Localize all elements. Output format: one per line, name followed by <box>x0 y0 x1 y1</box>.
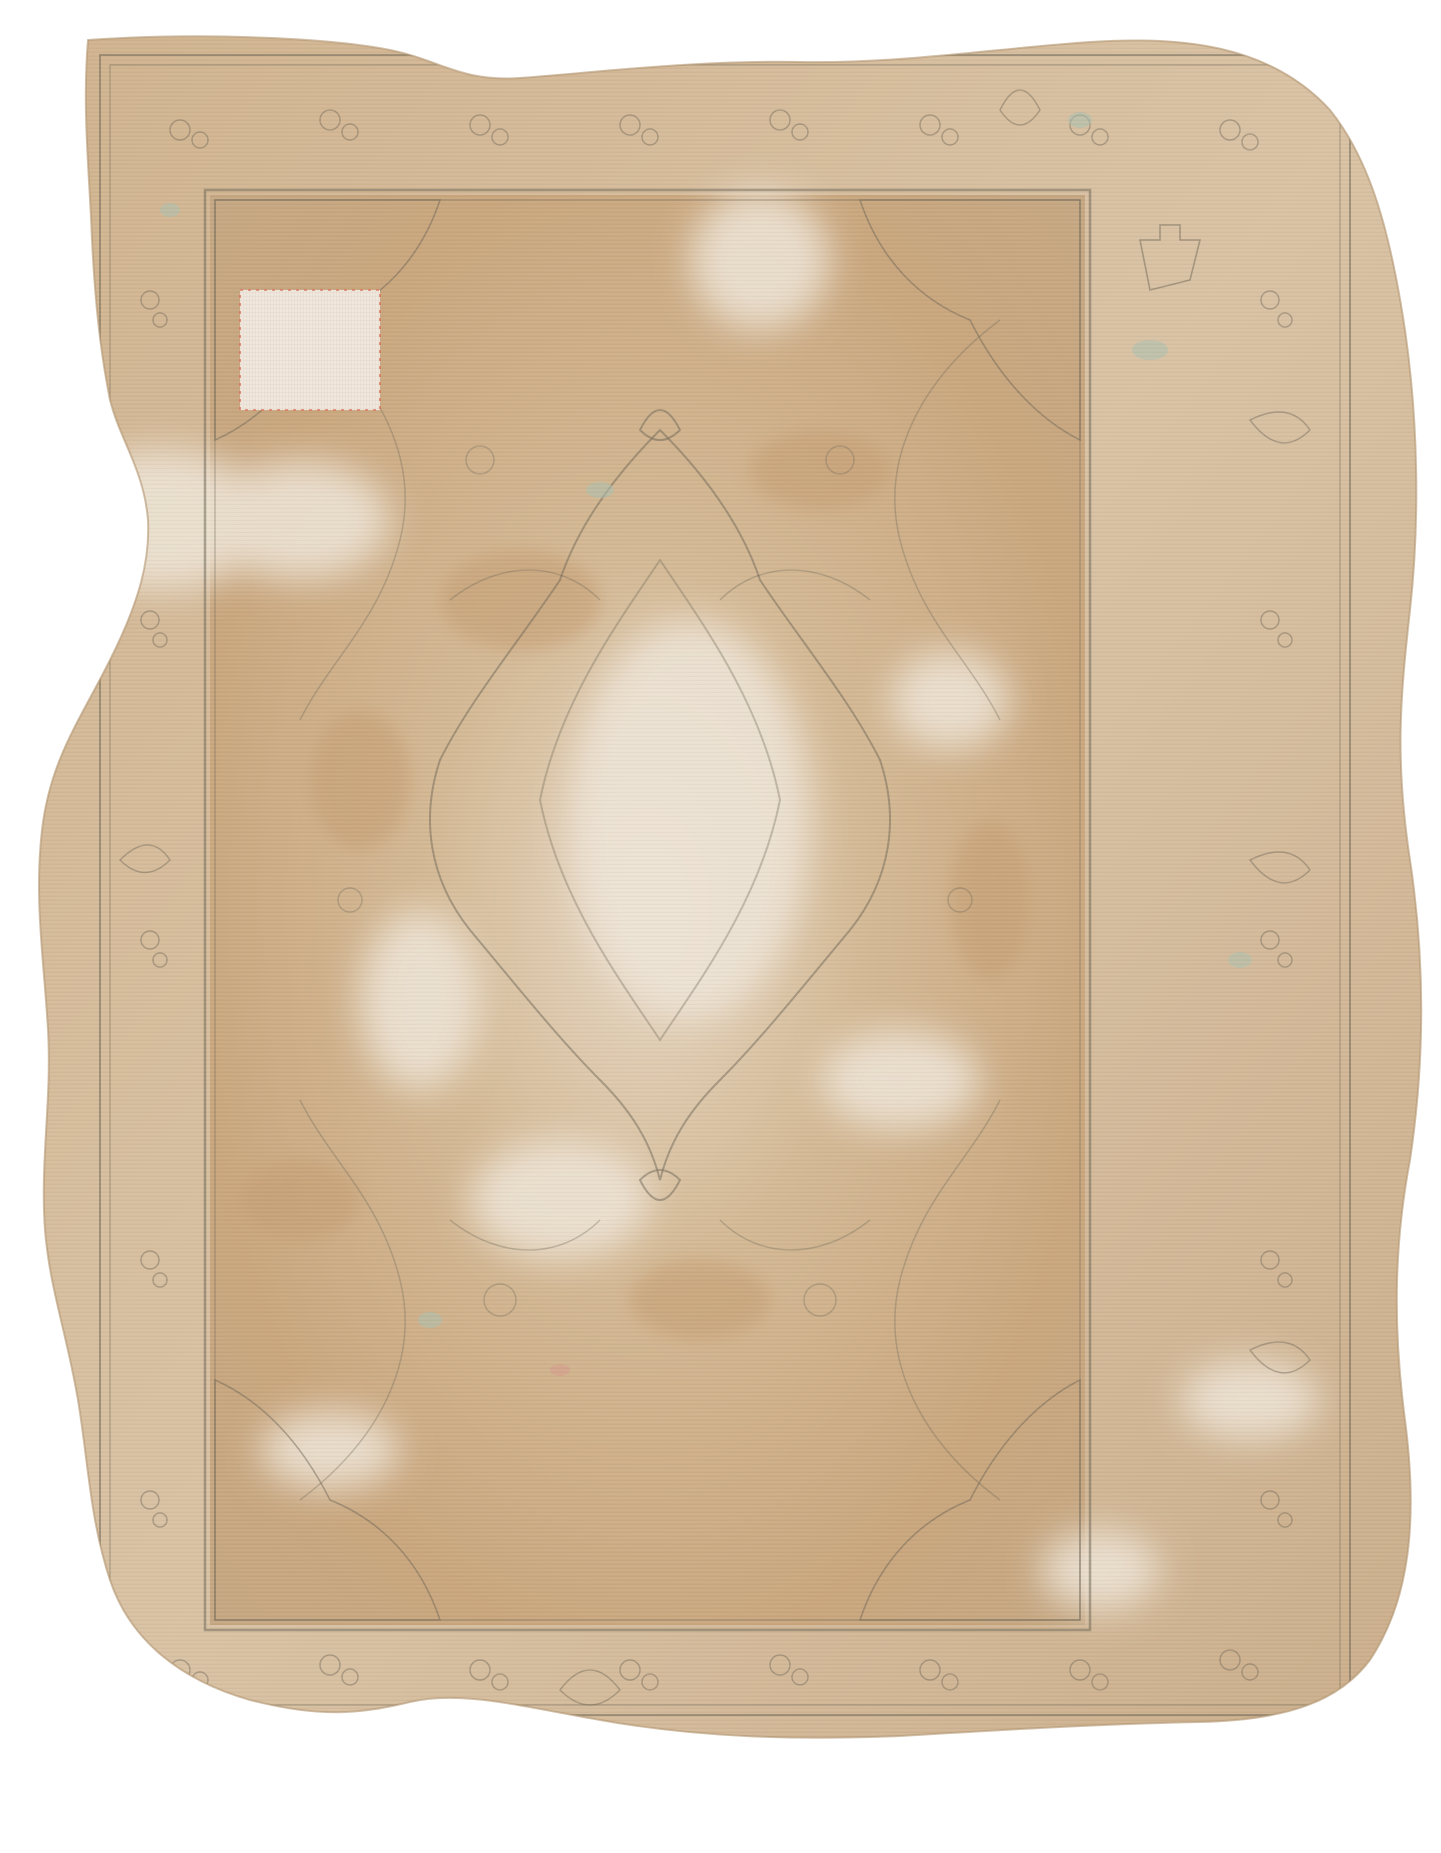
rug-illustration <box>0 0 1441 1853</box>
rug-photo <box>0 0 1441 1853</box>
